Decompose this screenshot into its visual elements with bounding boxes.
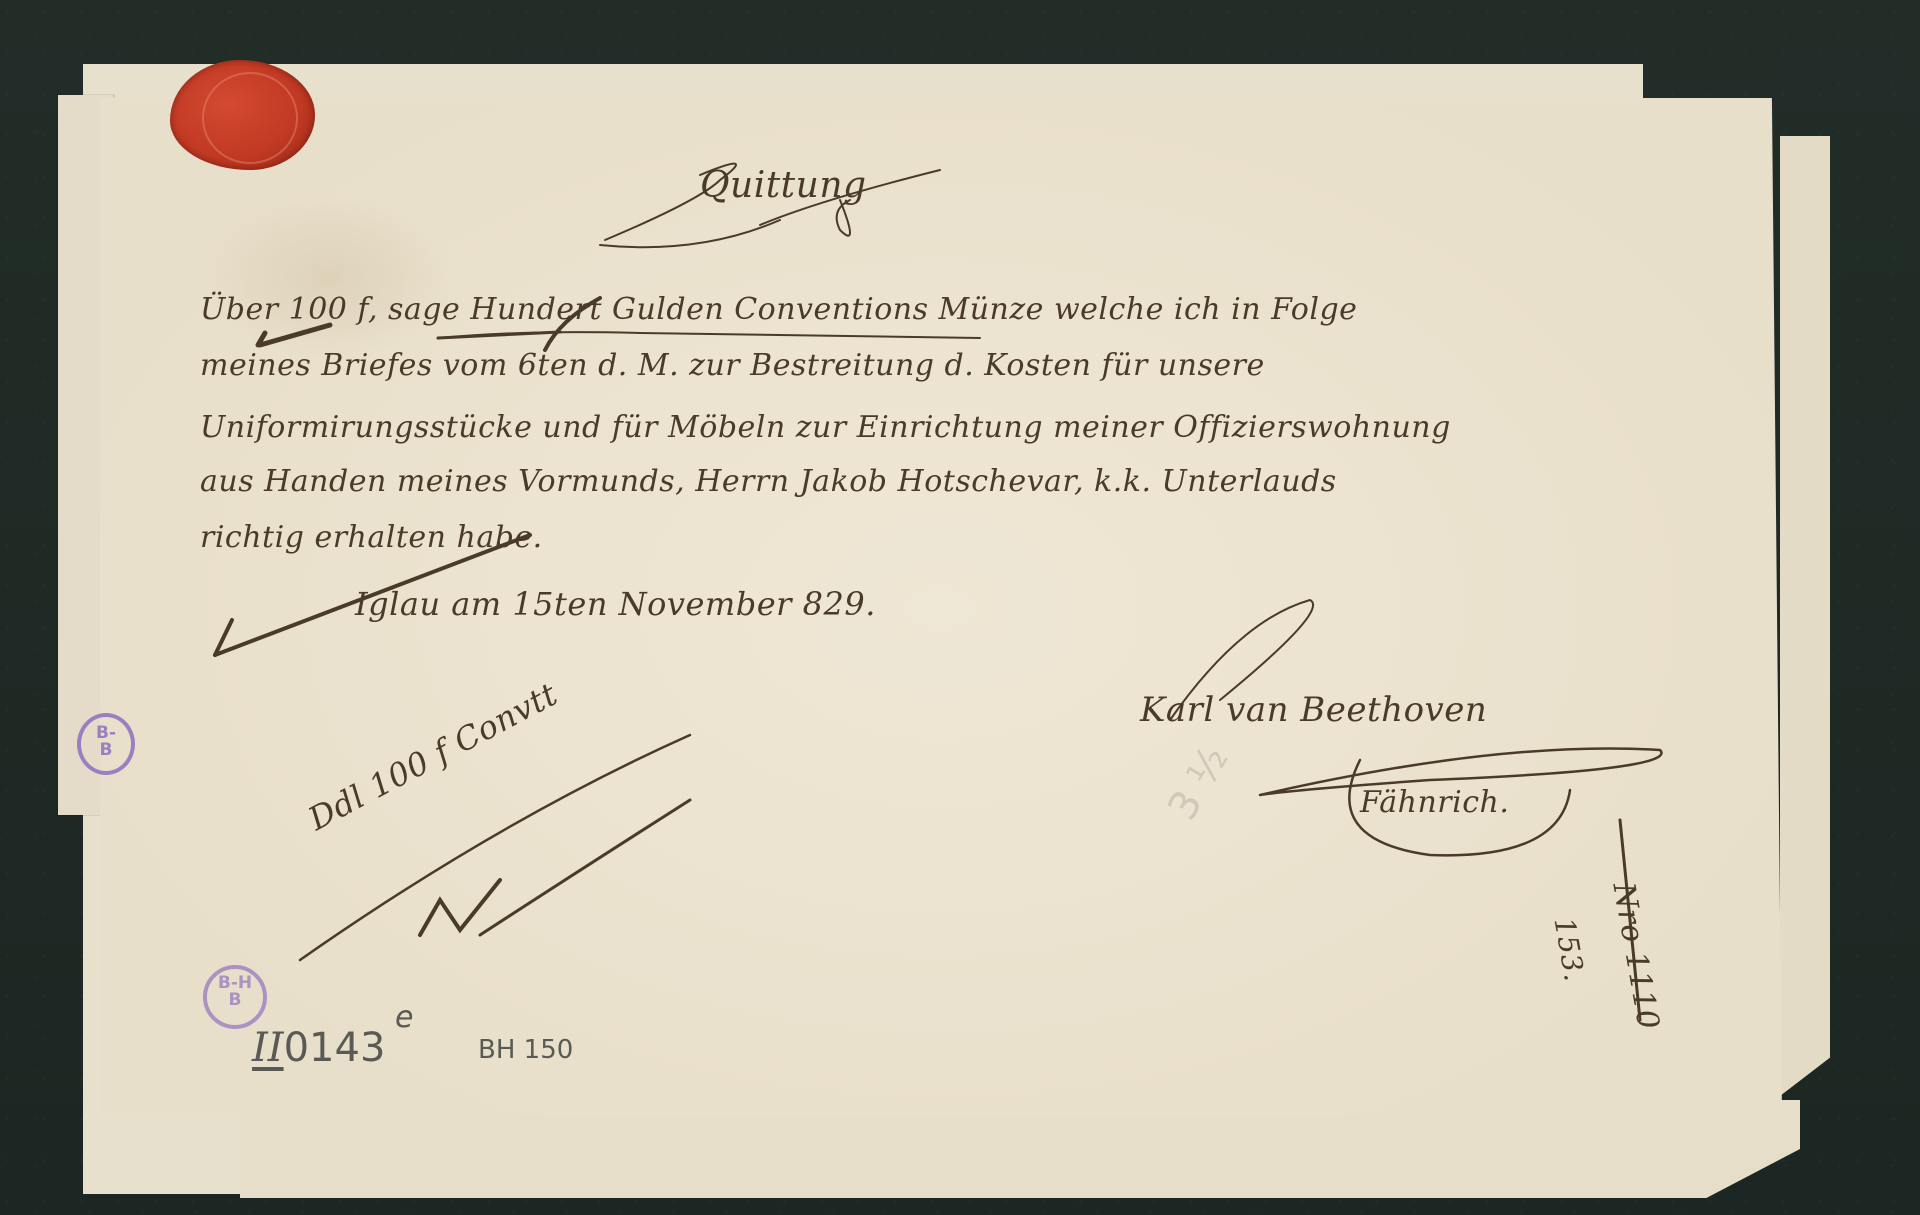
signatory-rank: Fähnrich. [1360, 785, 1509, 820]
document-title: Quittung [700, 165, 867, 206]
body-line-5: richtig erhalten habe. [200, 520, 543, 555]
wax-seal-icon [170, 60, 315, 170]
library-stamp-bottom-icon: B-H B [203, 965, 267, 1029]
shelfmark-roman: II [252, 1025, 284, 1071]
body-line-2: meines Briefes vom 6ten d. M. zur Bestre… [200, 348, 1265, 383]
library-stamp-left-icon: B- B [77, 713, 135, 775]
signature: Karl van Beethoven [1140, 690, 1487, 730]
body-line-3: Uniformirungsstücke und für Möbeln zur E… [200, 410, 1451, 445]
stamp-bottom-line-2: B [207, 992, 263, 1009]
date-line: Iglau am 15ten November 829. [355, 585, 876, 623]
stamp-left-line-2: B [81, 742, 131, 759]
backing-sheet-right-edge [1780, 136, 1830, 1096]
shelfmark-number: 0143 [284, 1025, 386, 1071]
body-line-4: aus Handen meines Vormunds, Herrn Jakob … [200, 464, 1337, 499]
shelfmark-suffix: e [395, 1000, 413, 1035]
receipt-sheet [100, 98, 1782, 1118]
bh-catalog-number: BH 150 [478, 1035, 573, 1065]
body-line-1: Über 100 f, sage Hundert Gulden Conventi… [200, 292, 1357, 327]
shelfmark: II0143 [252, 1025, 385, 1071]
